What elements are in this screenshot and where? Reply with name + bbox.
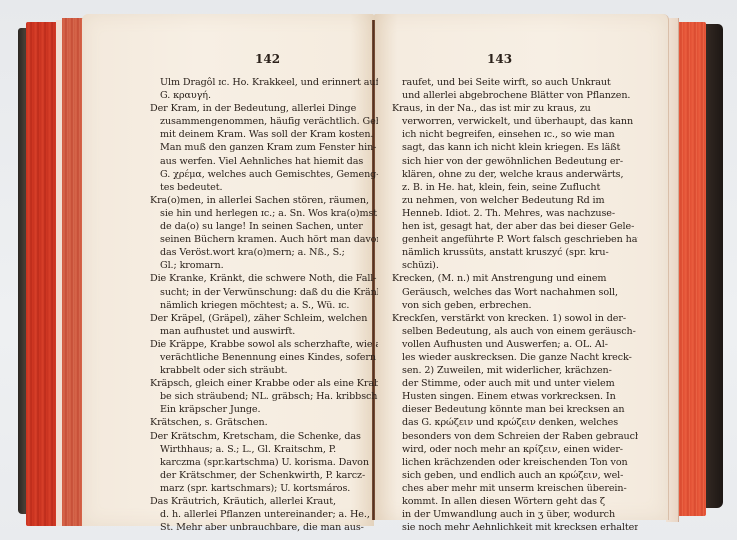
text-line: G. χρέμα, welches auch Gemischtes, Gemen… (150, 168, 378, 181)
text-line: und allerlei abgebrochene Blätter von Pf… (392, 89, 638, 102)
text-line: sie noch mehr Aehnlichkeit mit krecksen … (392, 521, 638, 534)
text-line: Man muß den ganzen Kram zum Fenster hin- (150, 141, 378, 154)
text-line: klären, ohne zu der, welche kraus anderw… (392, 168, 638, 181)
text-line: aus werfen. Viel Aehnliches hat hiemit d… (150, 155, 378, 168)
red-page-edge-right (676, 22, 706, 516)
entry-headword-line: Das Kräutrich, Kräutich, allerlei Kraut, (150, 495, 378, 508)
entry-headword-line: Kräpsch, gleich einer Krabbe oder als ei… (150, 377, 378, 390)
entry-headword-line: Der Krätschm, Kretscham, die Schenke, da… (150, 430, 378, 443)
text-line: Wirthhaus; a. S.; L., Gl. Kraitschm, P. (150, 443, 378, 456)
text-line: krabbelt oder sich sträubt. (150, 364, 378, 377)
text-line: man aufhustet und auswirft. (150, 325, 378, 338)
text-line: mit deinem Kram. Was soll der Kram koste… (150, 128, 378, 141)
text-line: sie hin und herlegen ɪc.; a. Sn. Wos kra… (150, 207, 378, 220)
open-book: 142 143 Ulm Dragôl ɪc. Ho. Krakkeel, und… (0, 0, 737, 540)
text-line: hen ist, gesagt hat, der aber das bei di… (392, 220, 638, 233)
entry-headword-line: Kreckſen, verstärkt von krecken. 1) sowo… (392, 312, 638, 325)
text-line: les wieder auskrecksen. Die ganze Nacht … (392, 351, 638, 364)
text-line: marz (spr. kartschmars); U. kortsmáros. (150, 482, 378, 495)
text-line: sich hier von der gewöhnlichen Bedeutung… (392, 155, 638, 168)
text-line: verächtliche Benennung eines Kindes, sof… (150, 351, 378, 364)
text-line: Ein kräpscher Junge. (150, 403, 378, 416)
text-line: de da(o) su lange! In seinen Sachen, unt… (150, 220, 378, 233)
entry-headword-line: Die Kräppe, Krabbe sowol als scherzhafte… (150, 338, 378, 351)
text-line: d. h. allerlei Pflanzen untereinander; a… (150, 508, 378, 521)
text-line: verworren, verwickelt, und überhaupt, da… (392, 115, 638, 128)
right-page-text: raufet, und bei Seite wirft, so auch Unk… (392, 76, 638, 534)
text-line: Geräusch, welches das Wort nachahmen sol… (392, 286, 638, 299)
text-line: raufet, und bei Seite wirft, so auch Unk… (392, 76, 638, 89)
text-line: karczma (spr.kartschma) U. korisma. Davo… (150, 456, 378, 469)
text-line: St. Mehr aber unbrauchbare, die man aus- (150, 521, 378, 534)
left-page-text: Ulm Dragôl ɪc. Ho. Krakkeel, und erinner… (150, 76, 378, 534)
text-line: ches aber mehr mit unserm kreischen über… (392, 482, 638, 495)
text-line: zu nehmen, von welcher Bedeutung Rd im (392, 194, 638, 207)
page-number-right: 143 (487, 52, 512, 66)
text-line: Gl.; kromarn. (150, 259, 378, 272)
text-line: selben Bedeutung, als auch von einem ger… (392, 325, 638, 338)
text-line: in der Umwandlung auch in ʒ über, wodurc… (392, 508, 638, 521)
text-line: vollen Aufhusten und Auswerfen; a. OL. A… (392, 338, 638, 351)
text-line: das Veröst.wort kra(o)mern; a. Nß., S.; (150, 246, 378, 259)
text-line: zusammengenommen, häufig verächtlich. Ge… (150, 115, 378, 128)
text-line: Ulm Dragôl ɪc. Ho. Krakkeel, und erinner… (150, 76, 378, 89)
entry-headword-line: Die Kranke, Kränkt, die schwere Noth, di… (150, 272, 378, 285)
entry-headword-line: Der Kräpel, (Gräpel), zäher Schleim, wel… (150, 312, 378, 325)
text-line: genheit angeführte P. Wort falsch geschr… (392, 233, 638, 246)
text-line: sagt, das kann ich nicht klein kriegen. … (392, 141, 638, 154)
book-cover-right (703, 24, 723, 508)
entry-headword-line: Krätschen, s. Grätschen. (150, 416, 378, 429)
text-line: Henneb. Idiot. 2. Th. Mehres, was nachzu… (392, 207, 638, 220)
text-line: nämlich krussüts, anstatt kruszyć (spr. … (392, 246, 638, 259)
text-line: nämlich kriegen möchtest; a. S., Wü. ɪc. (150, 299, 378, 312)
entry-headword-line: Kra(o)men, in allerlei Sachen stören, rä… (150, 194, 378, 207)
text-line: Husten singen. Einem etwas vorkrecksen. … (392, 390, 638, 403)
text-line: schüzi). (392, 259, 638, 272)
text-line: sucht; in der Verwünschung: daß du die K… (150, 286, 378, 299)
text-line: z. B. in He. hat, klein, fein, seine Zuf… (392, 181, 638, 194)
entry-headword-line: Kraus, in der Na., das ist mir zu kraus,… (392, 102, 638, 115)
text-line: sen. 2) Zuweilen, mit widerlicher, kräch… (392, 364, 638, 377)
text-line: sich geben, und endlich auch an κρώζειν,… (392, 469, 638, 482)
text-line: kommt. In allen diesen Wörtern geht das … (392, 495, 638, 508)
text-line: der Stimme, oder auch mit und unter viel… (392, 377, 638, 390)
text-line: das G. κρώζειν und κρώζειν denken, welch… (392, 416, 638, 429)
text-line: besonders von dem Schreien der Raben geb… (392, 430, 638, 443)
text-line: seinen Büchern kramen. Auch hört man dav… (150, 233, 378, 246)
text-line: be sich sträubend; NL. gräbsch; Ha. krib… (150, 390, 378, 403)
red-page-edge-left-inner (62, 18, 84, 526)
page-number-left: 142 (255, 52, 280, 66)
text-line: lichen krächzenden oder kreischenden Ton… (392, 456, 638, 469)
text-line: dieser Bedeutung könnte man bei krecksen… (392, 403, 638, 416)
text-line: von sich geben, erbrechen. (392, 299, 638, 312)
text-line: tes bedeutet. (150, 181, 378, 194)
text-line: G. κραυγή. (150, 89, 378, 102)
text-line: wird, oder noch mehr an κρίζειν, einen w… (392, 443, 638, 456)
entry-headword-line: Krecken, (M. n.) mit Anstrengung und ein… (392, 272, 638, 285)
text-line: ich nicht begreifen, einsehen ɪc., so wi… (392, 128, 638, 141)
red-page-edge-left (26, 22, 56, 526)
entry-headword-line: Der Kram, in der Bedeutung, allerlei Din… (150, 102, 378, 115)
text-line: der Krätschmer, der Schenkwirth, P. karc… (150, 469, 378, 482)
